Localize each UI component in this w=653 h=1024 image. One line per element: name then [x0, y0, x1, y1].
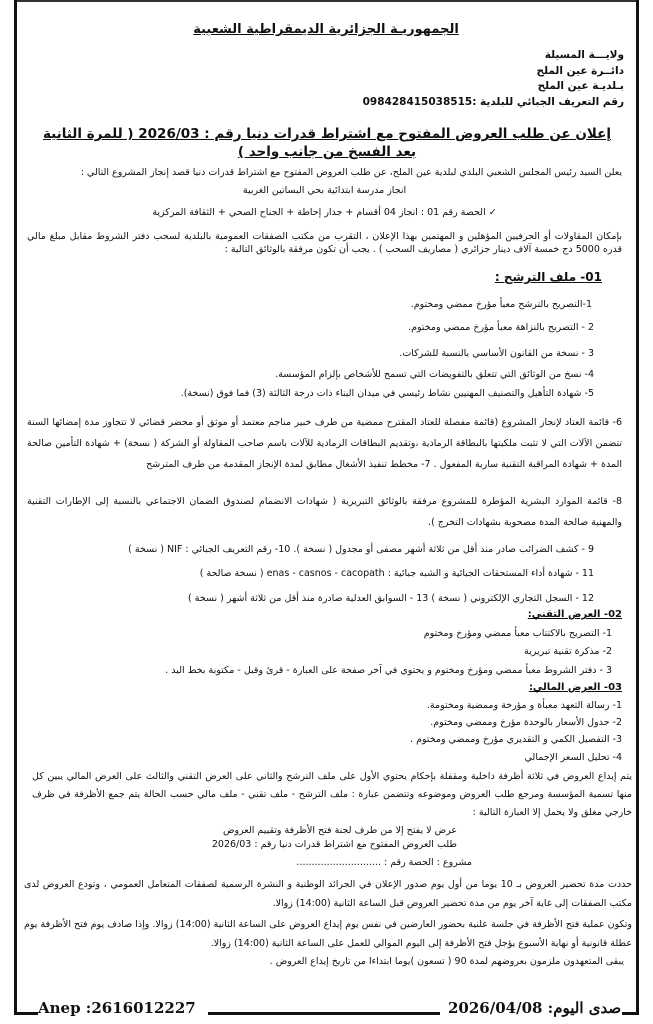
page-border-right	[636, 0, 639, 1012]
validity-line: يبقى المتعهدون ملزمون بعروضهم لمدة 90 ( …	[270, 955, 624, 968]
lot-line: ✓ الحصة رقم 01 : انجاز 04 أقسام + جدار إ…	[27, 206, 622, 219]
technical-item: 1- التصريح بالاكتتاب معبأ ممضي ومؤرخ ومخ…	[424, 627, 612, 640]
footer-rule	[622, 1012, 639, 1015]
candidacy-item: 3 - نسخة من القانون الأساسي بالنسبة للشر…	[399, 347, 594, 360]
intro-paragraph: يعلن السيد رئيس المجلس الشعبي البلدي لبل…	[27, 166, 622, 179]
republic-title: الجمهوريـة الجزائرية الديمقراطية الشعبية	[20, 22, 632, 37]
candidacy-item-8: 8- قائمة الموارد البشرية المؤطرة للمشروع…	[27, 491, 622, 533]
candidacy-item-11: 11 - شهادة أداء المستحقات الجبائية و الش…	[200, 567, 594, 580]
candidacy-item-12-13: 12 - السجل التجاري الإلكتروني ( نسخة ) 1…	[188, 592, 594, 605]
opening-paragraph: وتكون عملية فتح الأظرفة في جلسة علنية بح…	[24, 915, 632, 953]
submission-paragraph: يتم إيداع العروض في ثلاثة أظرفة داخلية و…	[32, 768, 632, 822]
footer-rule	[208, 1012, 440, 1015]
financial-item: 1- رسالة التعهد معبأة و مؤرخة وممضية ومخ…	[427, 699, 622, 712]
candidacy-section-title: 01- ملف الترشح :	[495, 270, 602, 284]
page-border-top	[14, 0, 639, 2]
candidacy-item: 1-التصريح بالترشح معبأ مؤرخ ممضي ومختوم.	[411, 298, 592, 311]
envelope-line-1: عرض لا يفتح إلا من طرف لجنة فتح الأظرفة …	[223, 824, 457, 837]
financial-item: 3- التفصيل الكمي و التقديري مؤرخ وممضي و…	[410, 733, 622, 746]
project-name: انجاز مدرسة ابتدائية بحي البساتين الغربي…	[27, 184, 622, 197]
financial-item: 2- جدول الأسعار بالوحدة مؤرخ وممضي ومختو…	[430, 716, 622, 729]
financial-section-title: 03- العرض المالي:	[529, 682, 622, 693]
candidacy-item: 4- نسخ من الوثائق التي تتعلق بالتفويضات …	[275, 368, 594, 381]
envelope-line-3: مشروع : الحصة رقم : ....................…	[296, 856, 472, 869]
page-border-left	[14, 0, 17, 1012]
issuer-header: ولايـــة المسيلة دائــرة عين الملح بـلدي…	[363, 48, 624, 110]
deadline-paragraph: حددت مدة تحضير العروض بـ 10 يوما من أول …	[24, 875, 632, 913]
candidacy-item-9-10: 9 - كشف الضرائب صادر منذ أقل من ثلاثة أش…	[128, 543, 594, 556]
announcement-title: إعلان عن طلب العروض المفتوح مع اشتراط قد…	[32, 125, 622, 161]
candidacy-item-6-7: 6- قائمة العتاد لإنجاز المشروع (قائمة مف…	[27, 412, 622, 475]
financial-item: 4- تحليل السعر الإجمالي	[525, 751, 622, 764]
technical-item: 3 - دفتر الشروط معبأ ممضي ومؤرخ ومختوم و…	[165, 664, 612, 677]
commune: بـلديـة عين الملح	[363, 79, 624, 95]
wilaya: ولايـــة المسيلة	[363, 48, 624, 64]
tax-id: رقم التعريف الجبائي للبلدية :09842841503…	[363, 95, 624, 111]
technical-item: 2- مذكرة تقنية تبريرية	[524, 645, 612, 658]
footer-rule	[14, 1012, 38, 1015]
candidacy-item: 5- شهادة التأهيل والتصنيف المهنيين نشاط …	[181, 387, 594, 400]
envelope-line-2: طلب العروض المفتوح مع اشتراط قدرات دنيا …	[212, 838, 457, 851]
daira: دائــرة عين الملح	[363, 64, 624, 80]
technical-section-title: 02- العرض التقني:	[528, 609, 622, 620]
anep-reference: Anep :2616012227	[38, 999, 196, 1017]
candidacy-item: 2 - التصريح بالنزاهة معبأ مؤرخ ممضي ومخت…	[408, 321, 594, 334]
eligibility-paragraph: بإمكان المقاولات أو الحرفيين المؤهلين و …	[27, 230, 622, 256]
publication-date: صدى اليوم: 2026/04/08	[448, 999, 621, 1017]
